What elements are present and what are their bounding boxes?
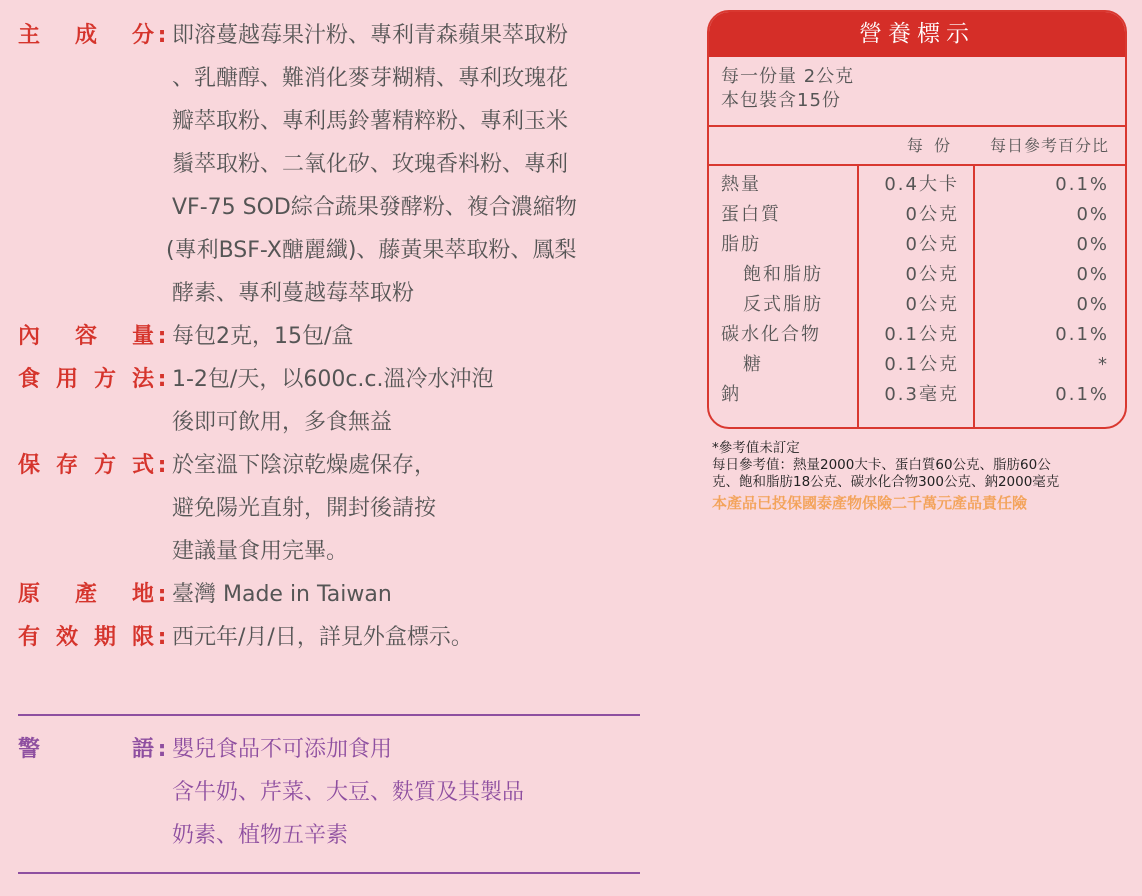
label-colon: :: [156, 14, 168, 57]
nutrient-name: 反式脂肪: [721, 290, 857, 320]
product-spec-list: 主 成 分 : 即溶蔓越莓果汁粉、專利青森蘋果萃取粉 、乳醣醇、難消化麥芽糊精、…: [18, 14, 648, 659]
label-char: 方: [94, 444, 116, 487]
spec-value: 嬰兒食品不可添加食用 含牛奶、芹菜、大豆、麩質及其製品 奶素、植物五辛素: [168, 728, 524, 857]
spec-value: 即溶蔓越莓果汁粉、專利青森蘋果萃取粉 、乳醣醇、難消化麥芽糊精、專利玫瑰花 瓣萃…: [168, 14, 577, 315]
nutrient-name: 鈉: [721, 380, 857, 410]
servings-per-pack: 本包裝含15份: [721, 89, 1113, 113]
spec-expiry: 有 效 期 限 : 西元年/月/日，詳見外盒標示。: [18, 616, 648, 659]
spec-label: 內 容 量 :: [18, 315, 168, 358]
spec-origin: 原 產 地 : 臺灣 Made in Taiwan: [18, 573, 648, 616]
daily-reference-line: 每日參考值：熱量2000大卡、蛋白質60公克、脂肪60公: [712, 457, 1132, 474]
value-line: VF-75 SOD綜合蔬果發酵粉、複合濃縮物: [172, 186, 577, 229]
label-char: 產: [75, 573, 97, 616]
col-per-serving: 每 份: [859, 127, 965, 164]
serving-size: 每一份量 2公克: [721, 65, 1113, 89]
nutrient-pct: 0%: [975, 230, 1109, 260]
spec-value: 每包2克，15包/盒: [168, 315, 353, 358]
daily-reference-line: 克、飽和脂肪18公克、碳水化合物300公克、鈉2000毫克: [712, 474, 1132, 491]
value-line: 奶素、植物五辛素: [172, 814, 524, 857]
label-char: 效: [56, 616, 78, 659]
spec-warning: 警 語 : 嬰兒食品不可添加食用 含牛奶、芹菜、大豆、麩質及其製品 奶素、植物五…: [18, 728, 648, 857]
label-char: 語: [132, 728, 154, 771]
value-line: 即溶蔓越莓果汁粉、專利青森蘋果萃取粉: [172, 14, 577, 57]
label-char: 量: [132, 315, 154, 358]
label-char: 地: [132, 573, 154, 616]
value-line: 臺灣 Made in Taiwan: [172, 573, 392, 616]
value-line: 建議量食用完畢。: [172, 530, 436, 573]
value-line: (專利BSF-X醣麗纖)、藤黃果萃取粉、鳳梨: [166, 229, 577, 272]
spec-value: 1-2包/天，以600c.c.溫冷水沖泡 後即可飲用，多食無益: [168, 358, 494, 444]
spec-usage: 食 用 方 法 : 1-2包/天，以600c.c.溫冷水沖泡 後即可飲用，多食無…: [18, 358, 648, 444]
label-char: 主: [18, 14, 40, 57]
nutrient-pct: 0%: [975, 200, 1109, 230]
nutrient-name: 碳水化合物: [721, 320, 857, 350]
value-line: 含牛奶、芹菜、大豆、麩質及其製品: [172, 771, 524, 814]
label-char: 容: [75, 315, 97, 358]
col-daily-pct: 每日參考百分比: [965, 127, 1125, 164]
nutrition-column-headers: 每 份 每日參考百分比: [709, 127, 1125, 166]
label-char: 食: [18, 358, 40, 401]
value-line: 酵素、專利蔓越莓萃取粉: [172, 272, 577, 315]
nutrient-amounts: 0.4大卡 0公克 0公克 0公克 0公克 0.1公克 0.1公克 0.3毫克: [859, 166, 975, 427]
label-colon: :: [156, 728, 168, 771]
nutrient-amount: 0.4大卡: [859, 170, 959, 200]
nutrient-pct: 0.1%: [975, 320, 1109, 350]
label-colon: :: [156, 616, 168, 659]
divider-bottom: [18, 872, 640, 874]
label-char: 期: [94, 616, 116, 659]
label-char: 用: [56, 358, 78, 401]
nutrient-name: 糖: [721, 350, 857, 380]
label-char: 存: [56, 444, 78, 487]
value-line: 嬰兒食品不可添加食用: [172, 728, 524, 771]
warning-section: 警 語 : 嬰兒食品不可添加食用 含牛奶、芹菜、大豆、麩質及其製品 奶素、植物五…: [18, 728, 648, 857]
spec-label: 主 成 分 :: [18, 14, 168, 57]
value-line: 鬚萃取粉、二氧化矽、玫瑰香料粉、專利: [172, 143, 577, 186]
label-char: 內: [18, 315, 40, 358]
nutrient-amount: 0公克: [859, 260, 959, 290]
value-line: 瓣萃取粉、專利馬鈴薯精粹粉、專利玉米: [172, 100, 577, 143]
nutrient-amount: 0公克: [859, 200, 959, 230]
nutrient-pct: 0.1%: [975, 380, 1109, 410]
insurance-notice: 本產品已投保國泰產物保險二千萬元產品責任險: [712, 493, 1132, 513]
spec-value: 於室溫下陰涼乾燥處保存， 避免陽光直射，開封後請按 建議量食用完畢。: [168, 444, 436, 573]
nutrition-notes: *參考值未訂定 每日參考值：熱量2000大卡、蛋白質60公克、脂肪60公 克、飽…: [712, 440, 1132, 513]
value-line: 於室溫下陰涼乾燥處保存，: [172, 444, 436, 487]
nutrient-pct: 0%: [975, 260, 1109, 290]
nutrient-name: 熱量: [721, 170, 857, 200]
spec-ingredients: 主 成 分 : 即溶蔓越莓果汁粉、專利青森蘋果萃取粉 、乳醣醇、難消化麥芽糊精、…: [18, 14, 648, 315]
label-char: 法: [132, 358, 154, 401]
label-colon: :: [156, 358, 168, 401]
asterisk-note: *參考值未訂定: [712, 440, 1132, 457]
label-char: 警: [18, 728, 40, 771]
spec-label: 食 用 方 法 :: [18, 358, 168, 401]
label-colon: :: [156, 315, 168, 358]
nutrition-table: 熱量 蛋白質 脂肪 飽和脂肪 反式脂肪 碳水化合物 糖 鈉 0.4大卡 0公克 …: [709, 166, 1125, 427]
nutrition-facts-panel: 營養標示 每一份量 2公克 本包裝含15份 每 份 每日參考百分比 熱量 蛋白質…: [707, 10, 1127, 429]
nutrient-name: 脂肪: [721, 230, 857, 260]
label-char: 原: [18, 573, 40, 616]
nutrient-name: 飽和脂肪: [721, 260, 857, 290]
spec-label: 原 產 地 :: [18, 573, 168, 616]
label-colon: :: [156, 444, 168, 487]
value-line: 避免陽光直射，開封後請按: [172, 487, 436, 530]
nutrient-names: 熱量 蛋白質 脂肪 飽和脂肪 反式脂肪 碳水化合物 糖 鈉: [709, 166, 859, 427]
nutrient-amount: 0.1公克: [859, 320, 959, 350]
nutrient-pct: *: [975, 350, 1109, 380]
nutrient-amount: 0公克: [859, 290, 959, 320]
value-line: 每包2克，15包/盒: [172, 315, 353, 358]
nutrient-pct: 0.1%: [975, 170, 1109, 200]
spec-value: 西元年/月/日，詳見外盒標示。: [168, 616, 473, 659]
label-char: 式: [132, 444, 154, 487]
spec-label: 保 存 方 式 :: [18, 444, 168, 487]
nutrient-name: 蛋白質: [721, 200, 857, 230]
col-nutrient: [709, 127, 859, 164]
spec-storage: 保 存 方 式 : 於室溫下陰涼乾燥處保存， 避免陽光直射，開封後請按 建議量食…: [18, 444, 648, 573]
serving-info: 每一份量 2公克 本包裝含15份: [709, 57, 1125, 127]
label-char: 限: [132, 616, 154, 659]
nutrient-pct: 0%: [975, 290, 1109, 320]
nutrient-amount: 0.1公克: [859, 350, 959, 380]
value-line: 後即可飲用，多食無益: [172, 401, 494, 444]
label-colon: :: [156, 573, 168, 616]
divider-top: [18, 714, 640, 716]
label-char: 有: [18, 616, 40, 659]
spec-label: 有 效 期 限 :: [18, 616, 168, 659]
spec-value: 臺灣 Made in Taiwan: [168, 573, 392, 616]
spec-content: 內 容 量 : 每包2克，15包/盒: [18, 315, 648, 358]
label-char: 保: [18, 444, 40, 487]
value-line: 西元年/月/日，詳見外盒標示。: [172, 616, 473, 659]
label-char: 分: [132, 14, 154, 57]
value-line: 、乳醣醇、難消化麥芽糊精、專利玫瑰花: [172, 57, 577, 100]
nutrient-daily-pcts: 0.1% 0% 0% 0% 0% 0.1% * 0.1%: [975, 166, 1125, 427]
value-line: 1-2包/天，以600c.c.溫冷水沖泡: [172, 358, 494, 401]
nutrient-amount: 0.3毫克: [859, 380, 959, 410]
nutrient-amount: 0公克: [859, 230, 959, 260]
spec-label: 警 語 :: [18, 728, 168, 771]
nutrition-title: 營養標示: [709, 12, 1125, 57]
label-char: 成: [75, 14, 97, 57]
label-char: 方: [94, 358, 116, 401]
